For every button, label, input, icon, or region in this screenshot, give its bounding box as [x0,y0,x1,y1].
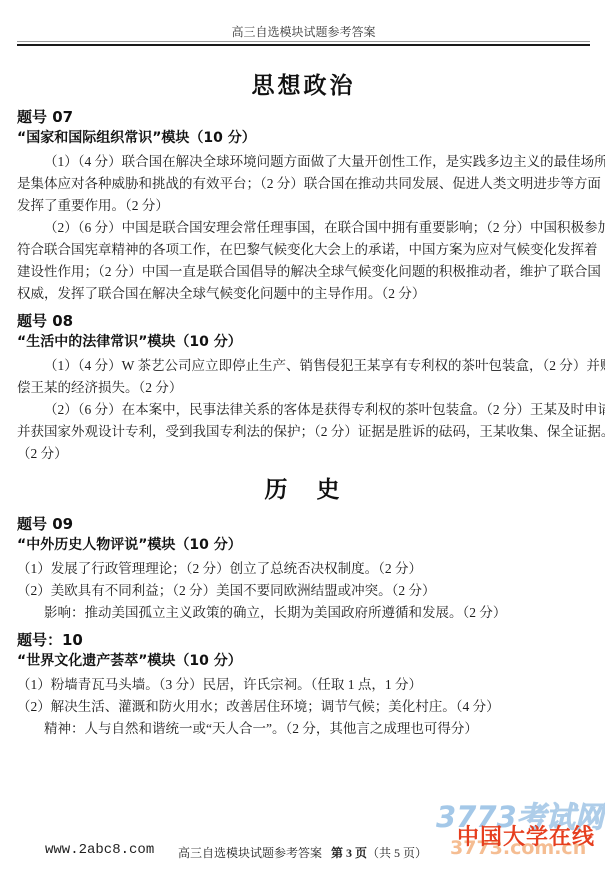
answer-line: 建设性作用；（2 分）中国一直是联合国倡导的解决全球气候变化问题的积极推动者，维… [17,261,590,283]
answer-line: 权威，发挥了联合国在解决全球气候变化问题中的主导作用。（2 分） [17,283,590,305]
section-07: 题号 07 “国家和国际组织常识”模块（10 分） （1）（4 分）联合国在解决… [17,108,590,305]
answer-line: （1）发展了行政管理理论；（2 分）创立了总统否决权制度。（2 分） [17,558,590,580]
module-title-10: “世界文化遗产荟萃”模块（10 分） [17,653,590,670]
watermark-brand-number: 3773 [436,800,517,834]
document-page: 高三自选模块试题参考答案 思想政治 题号 07 “国家和国际组织常识”模块（10… [0,0,605,871]
answer-line: 影响：推动美国孤立主义政策的确立，长期为美国政府所遵循和发展。（2 分） [17,602,590,624]
answer-line: 并获国家外观设计专利，受到我国专利法的保护；（2 分）证据是胜诉的砝码，王某收集… [17,421,590,443]
answer-line: （2）解决生活、灌溉和防火用水；改善居住环境；调节气候；美化村庄。（4 分） [17,696,590,718]
answer-line: （2 分） [17,443,590,465]
section-10: 题号：10 “世界文化遗产荟萃”模块（10 分） （1）粉墙青瓦马头墙。（3 分… [17,631,590,740]
answer-line: 是集体应对各种威胁和挑战的有效平台；（2 分）联合国在推动共同发展、促进人类文明… [17,173,590,195]
page-header-title: 高三自选模块试题参考答案 [17,0,590,39]
page-content: 高三自选模块试题参考答案 思想政治 题号 07 “国家和国际组织常识”模块（10… [17,0,590,742]
question-number-08: 题号 08 [17,312,590,330]
subject-title-history: 历 史 [17,477,590,503]
footer-page-number: 第 3 页 [331,846,367,860]
answer-line: （1）粉墙青瓦马头墙。（3 分）民居，许氏宗祠。（任取 1 点，1 分） [17,674,590,696]
answer-line: 发挥了重要作用。（2 分） [17,195,590,217]
answer-line: 偿王某的经济损失。（2 分） [17,377,590,399]
question-number-09: 题号 09 [17,515,590,533]
section-09: 题号 09 “中外历史人物评说”模块（10 分） （1）发展了行政管理理论；（2… [17,515,590,624]
footer-page-line: 高三自选模块试题参考答案第 3 页（共 5 页） [0,844,605,861]
watermark-brand: 3773考试网 [436,800,604,834]
watermark-brand-suffix: 考试网 [517,800,604,834]
answer-line: （2）美欧具有不同利益；（2 分）美国不要同欧洲结盟或冲突。（2 分） [17,580,590,602]
answer-line: （1）（4 分）联合国在解决全球环境问题方面做了大量开创性工作，是实践多边主义的… [17,151,590,173]
footer-page-total: （共 5 页） [367,846,427,860]
answer-line: （2）（6 分）在本案中，民事法律关系的客体是获得专利权的茶叶包装盒。（2 分）… [17,399,590,421]
module-title-09: “中外历史人物评说”模块（10 分） [17,537,590,554]
header-rule [17,41,590,46]
question-number-10: 题号：10 [17,631,590,649]
subject-title-politics: 思想政治 [17,73,590,99]
question-number-07: 题号 07 [17,108,590,126]
answer-line: （1）（4 分）W 茶艺公司应立即停止生产、销售侵犯王某享有专利权的茶叶包装盒，… [17,355,590,377]
answer-line: 精神：人与自然和谐统一或“天人合一”。（2 分，其他言之成理也可得分） [17,718,590,740]
module-title-08: “生活中的法律常识”模块（10 分） [17,334,590,351]
answer-line: 符合联合国宪章精神的各项工作，在巴黎气候变化大会上的承诺，中国方案为应对气候变化… [17,239,590,261]
footer-doc-title: 高三自选模块试题参考答案 [178,846,322,860]
answer-line: （2）（6 分）中国是联合国安理会常任理事国，在联合国中拥有重要影响；（2 分）… [17,217,590,239]
section-08: 题号 08 “生活中的法律常识”模块（10 分） （1）（4 分）W 茶艺公司应… [17,312,590,465]
module-title-07: “国家和国际组织常识”模块（10 分） [17,130,590,147]
